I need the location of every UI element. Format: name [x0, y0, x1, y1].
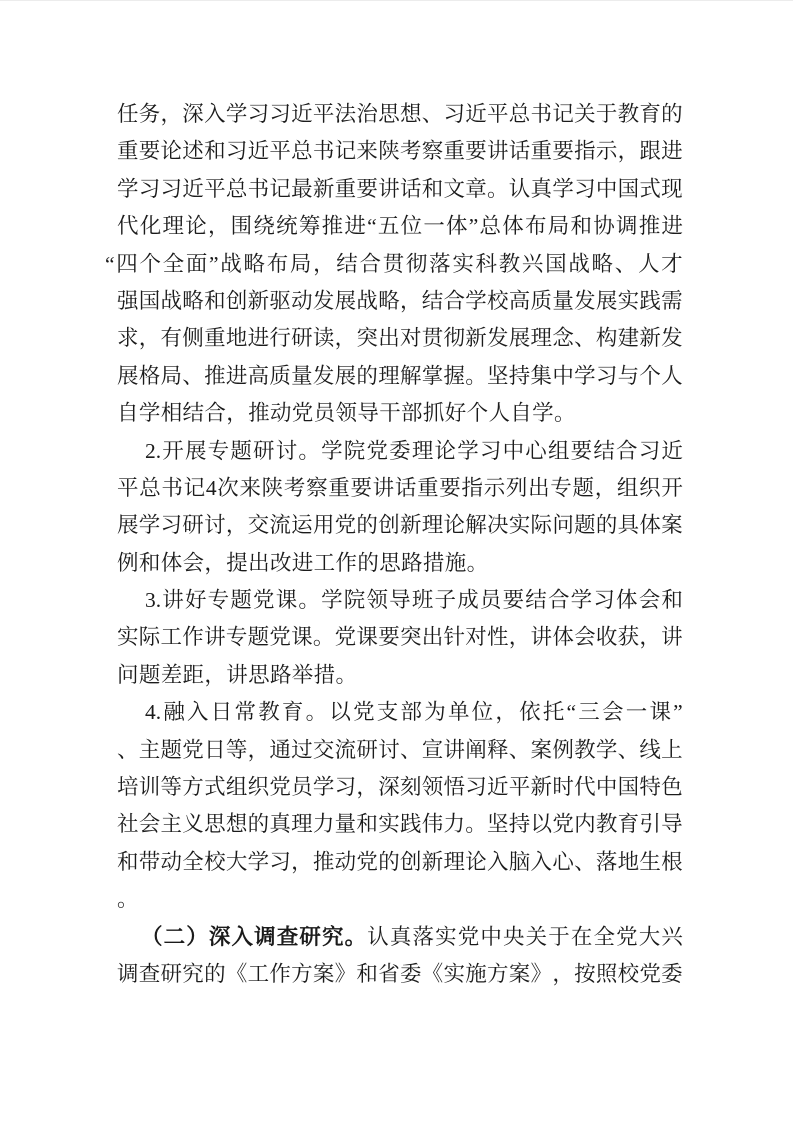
- text-line: 、主题党日等，通过交流研讨、宣讲阐释、案例教学、线上: [117, 732, 683, 769]
- text-line: 求，有侧重地进行研读，突出对贯彻新发展理念、构建新发: [117, 320, 683, 357]
- text-line: 问题差距，讲思路举措。: [117, 657, 683, 694]
- text-line: 展格局、推进高质量发展的理解掌握。坚持集中学习与个人: [117, 358, 683, 395]
- text-line: 和带动全校大学习，推动党的创新理论入脑入心、落地生根: [117, 844, 683, 881]
- text-line: 社会主义思想的真理力量和实践伟力。坚持以党内教育引导: [117, 806, 683, 843]
- text-line: 代化理论，围绕统筹推进“五位一体”总体布局和协调推进: [117, 208, 683, 245]
- text-line: 。: [117, 881, 683, 918]
- text-line: 展学习研讨，交流运用党的创新理论解决实际问题的具体案: [117, 507, 683, 544]
- text-line: 调查研究的《工作方案》和省委《实施方案》，按照校党委: [117, 956, 683, 993]
- text-line: 培训等方式组织党员学习，深刻领悟习近平新时代中国特色: [117, 769, 683, 806]
- text-line: 平总书记4次来陕考察重要讲话重要指示列出专题，组织开: [117, 470, 683, 507]
- text-line: 实际工作讲专题党课。党课要突出针对性，讲体会收获，讲: [117, 619, 683, 656]
- text-line: 3.讲好专题党课。学院领导班子成员要结合学习体会和: [117, 582, 683, 619]
- text-line: 学习习近平总书记最新重要讲话和文章。认真学习中国式现: [117, 171, 683, 208]
- text-line: “四个全面”战略布局，结合贯彻落实科教兴国战略、人才: [105, 246, 683, 283]
- text-line: 强国战略和创新驱动发展战略，结合学校高质量发展实践需: [117, 283, 683, 320]
- text-line: 4.融入日常教育。以党支部为单位，依托“三会一课”: [117, 694, 683, 731]
- text-line: 重要论述和习近平总书记来陕考察重要讲话重要指示，跟进: [117, 133, 683, 170]
- text-line: 任务，深入学习习近平法治思想、习近平总书记关于教育的: [117, 96, 683, 133]
- document-body: 任务，深入学习习近平法治思想、习近平总书记关于教育的重要论述和习近平总书记来陕考…: [117, 96, 683, 993]
- document-page: 任务，深入学习习近平法治思想、习近平总书记关于教育的重要论述和习近平总书记来陕考…: [0, 0, 793, 1123]
- text-line: （二）深入调查研究。认真落实党中央关于在全党大兴: [117, 919, 683, 956]
- text-line: 2.开展专题研讨。学院党委理论学习中心组要结合习近: [117, 433, 683, 470]
- text-line: 例和体会，提出改进工作的思路措施。: [117, 545, 683, 582]
- text-line: 自学相结合，推动党员领导干部抓好个人自学。: [117, 395, 683, 432]
